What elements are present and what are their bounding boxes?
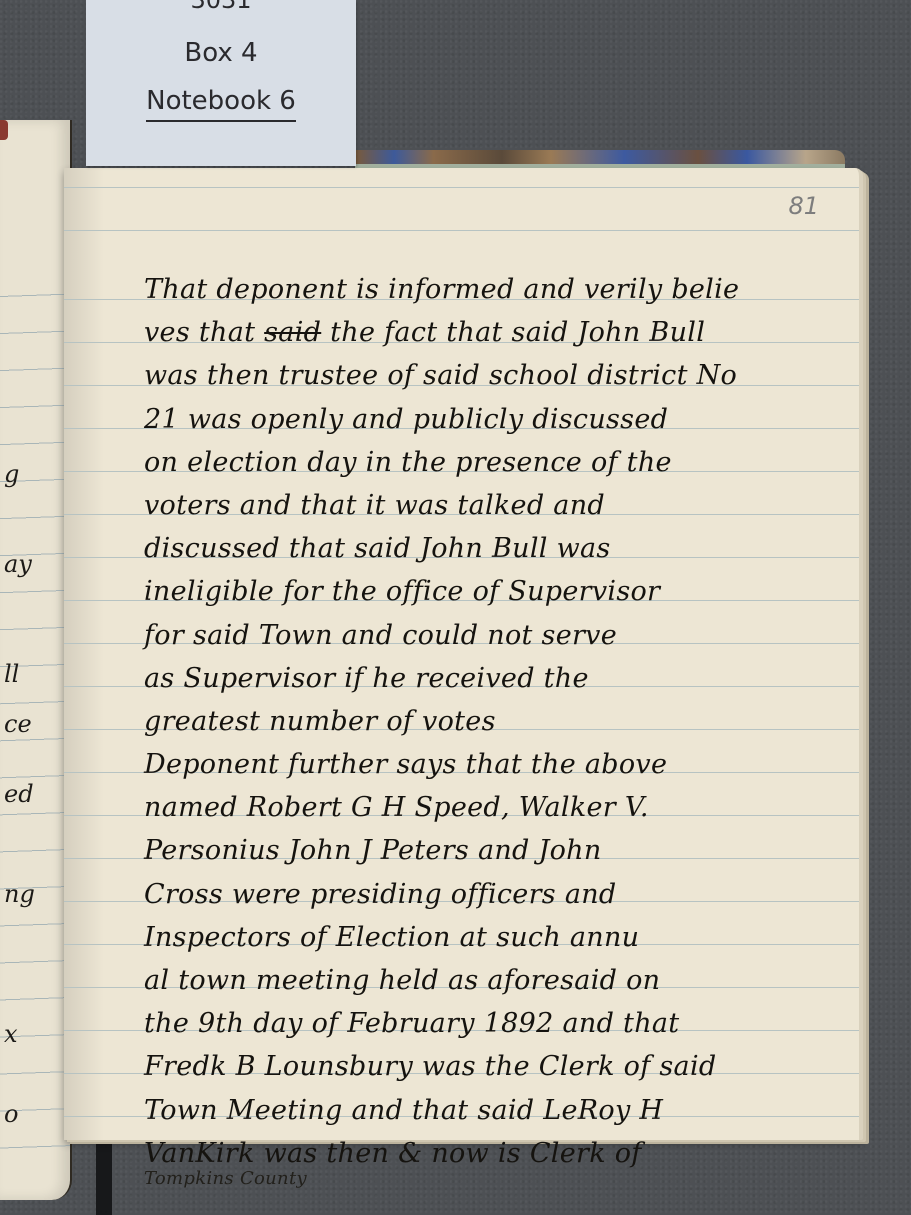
text-line: was then trustee of said school district…	[144, 354, 844, 397]
text-line: named Robert G H Speed, Walker V.	[144, 786, 844, 829]
left-page-fragment: ay	[4, 550, 32, 578]
text-line: voters and that it was talked and	[144, 484, 844, 527]
text-line: the 9th day of February 1892 and that	[144, 1002, 844, 1045]
struck-word: said	[264, 317, 321, 348]
text-fragment: the fact that said John Bull	[330, 317, 705, 348]
text-fragment: ves that	[144, 317, 255, 348]
archive-label-slip: 3031 Box 4 Notebook 6	[86, 0, 356, 166]
label-box-number: Box 4	[86, 38, 356, 68]
text-line: Personius John J Peters and John	[144, 829, 844, 872]
text-line: ineligible for the office of Supervisor	[144, 570, 844, 613]
left-facing-page: g ay ll ce ed ng x o	[0, 120, 72, 1200]
label-collection-number: 3031	[86, 0, 356, 14]
marbled-cover-edge	[355, 150, 845, 164]
label-notebook-text: Notebook 6	[146, 86, 296, 122]
text-line: 21 was openly and publicly discussed	[144, 398, 844, 441]
text-line: on election day in the presence of the	[144, 441, 844, 484]
label-notebook-number: Notebook 6	[86, 86, 356, 116]
left-page-fragment: o	[4, 1100, 18, 1128]
left-page-fragment: x	[4, 1020, 18, 1048]
text-line: That deponent is informed and verily bel…	[144, 268, 844, 311]
text-line: Inspectors of Election at such annu	[144, 916, 844, 959]
left-page-fragment: ce	[4, 710, 32, 738]
text-line: for said Town and could not serve	[144, 614, 844, 657]
left-page-edge	[0, 120, 8, 140]
text-line: greatest number of votes	[144, 700, 844, 743]
left-page-fragment: ll	[4, 660, 19, 688]
text-line: Deponent further says that the above	[144, 743, 844, 786]
text-line: as Supervisor if he received the	[144, 657, 844, 700]
text-line: Town Meeting and that said LeRoy H	[144, 1089, 844, 1132]
text-line: discussed that said John Bull was	[144, 527, 844, 570]
notebook-page: 81 That deponent is informed and verily …	[64, 168, 863, 1140]
text-line-small: Tompkins County	[144, 1169, 844, 1212]
left-page-fragment: ng	[4, 880, 35, 908]
text-line: ves that said the fact that said John Bu…	[144, 311, 844, 354]
text-line: Fredk B Lounsbury was the Clerk of said	[144, 1045, 844, 1088]
left-page-fragment: ed	[4, 780, 34, 808]
text-line: al town meeting held as aforesaid on	[144, 959, 844, 1002]
background-shadow	[96, 1140, 112, 1215]
page-number: 81	[788, 192, 819, 220]
left-page-fragment: g	[4, 460, 19, 488]
handwritten-text: That deponent is informed and verily bel…	[144, 268, 844, 1212]
text-line: Cross were presiding officers and	[144, 873, 844, 916]
